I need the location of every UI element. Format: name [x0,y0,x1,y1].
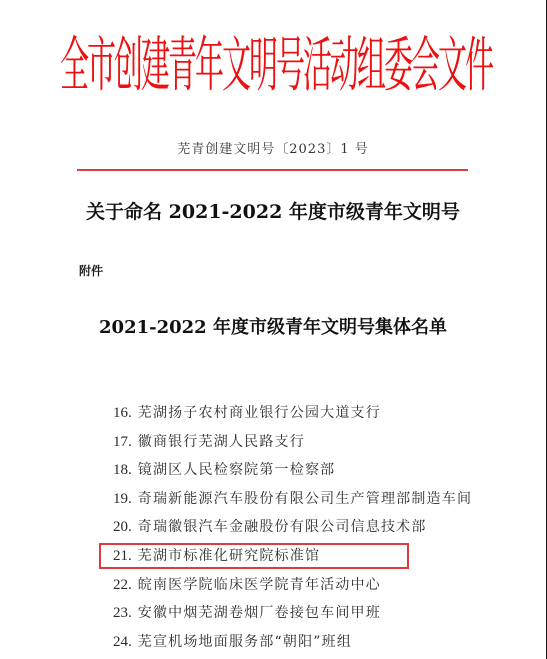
list-item-number: 16. [113,401,132,425]
list-item-number: 22. [113,573,132,597]
list-item: 24.芜宣机场地面服务部“朝阳”班组 [113,630,472,659]
list-item-name: 芜湖扬子农村商业银行公园大道支行 [138,405,381,421]
list-item-number: 17. [113,430,132,454]
main-heading: 关于命名 2021-2022 年度市级青年文明号 [0,197,546,224]
list-item-highlighted: 21.芜湖市标准化研究院标准馆 [113,544,472,573]
list-item: 20.奇瑞徽银汽车金融股份有限公司信息技术部 [113,515,472,544]
list-item-number: 23. [113,601,132,625]
list-item-name: 芜湖市标准化研究院标准馆 [138,548,320,564]
list-item: 19.奇瑞新能源汽车股份有限公司生产管理部制造车间 [113,487,472,516]
document-page: 全市创建青年文明号活动组委会文件 芜青创建文明号〔2023〕1 号 关于命名 2… [0,0,546,659]
list-item-name: 安徽中烟芜湖卷烟厂卷接包车间甲班 [138,605,381,621]
list-item: 23.安徽中烟芜湖卷烟厂卷接包车间甲班 [113,601,472,630]
list-item-name: 奇瑞新能源汽车股份有限公司生产管理部制造车间 [138,491,472,507]
list-item-name: 奇瑞徽银汽车金融股份有限公司信息技术部 [138,519,427,535]
list-item-number: 21. [113,544,132,568]
list-item-number: 20. [113,515,132,539]
list-item-number: 19. [113,487,132,511]
list-item: 16.芜湖扬子农村商业银行公园大道支行 [113,401,472,430]
attachment-label: 附件 [79,262,103,279]
red-divider-line [77,169,468,171]
list-item-name: 徽商银行芜湖人民路支行 [138,434,305,450]
list-item: 22.皖南医学院临床医学院青年活动中心 [113,573,472,602]
list-item-number: 24. [113,630,132,654]
list-item-name: 皖南医学院临床医学院青年活动中心 [138,577,381,593]
list-heading: 2021-2022 年度市级青年文明号集体名单 [0,313,546,339]
list-item-name: 镜湖区人民检察院第一检察部 [138,462,336,478]
list-item: 17.徽商银行芜湖人民路支行 [113,430,472,459]
document-number: 芜青创建文明号〔2023〕1 号 [0,138,546,157]
list-item-number: 18. [113,458,132,482]
list-item: 18.镜湖区人民检察院第一检察部 [113,458,472,487]
list-item-name: 芜宣机场地面服务部“朝阳”班组 [138,634,352,650]
collective-list: 16.芜湖扬子农村商业银行公园大道支行 17.徽商银行芜湖人民路支行 18.镜湖… [113,401,472,658]
